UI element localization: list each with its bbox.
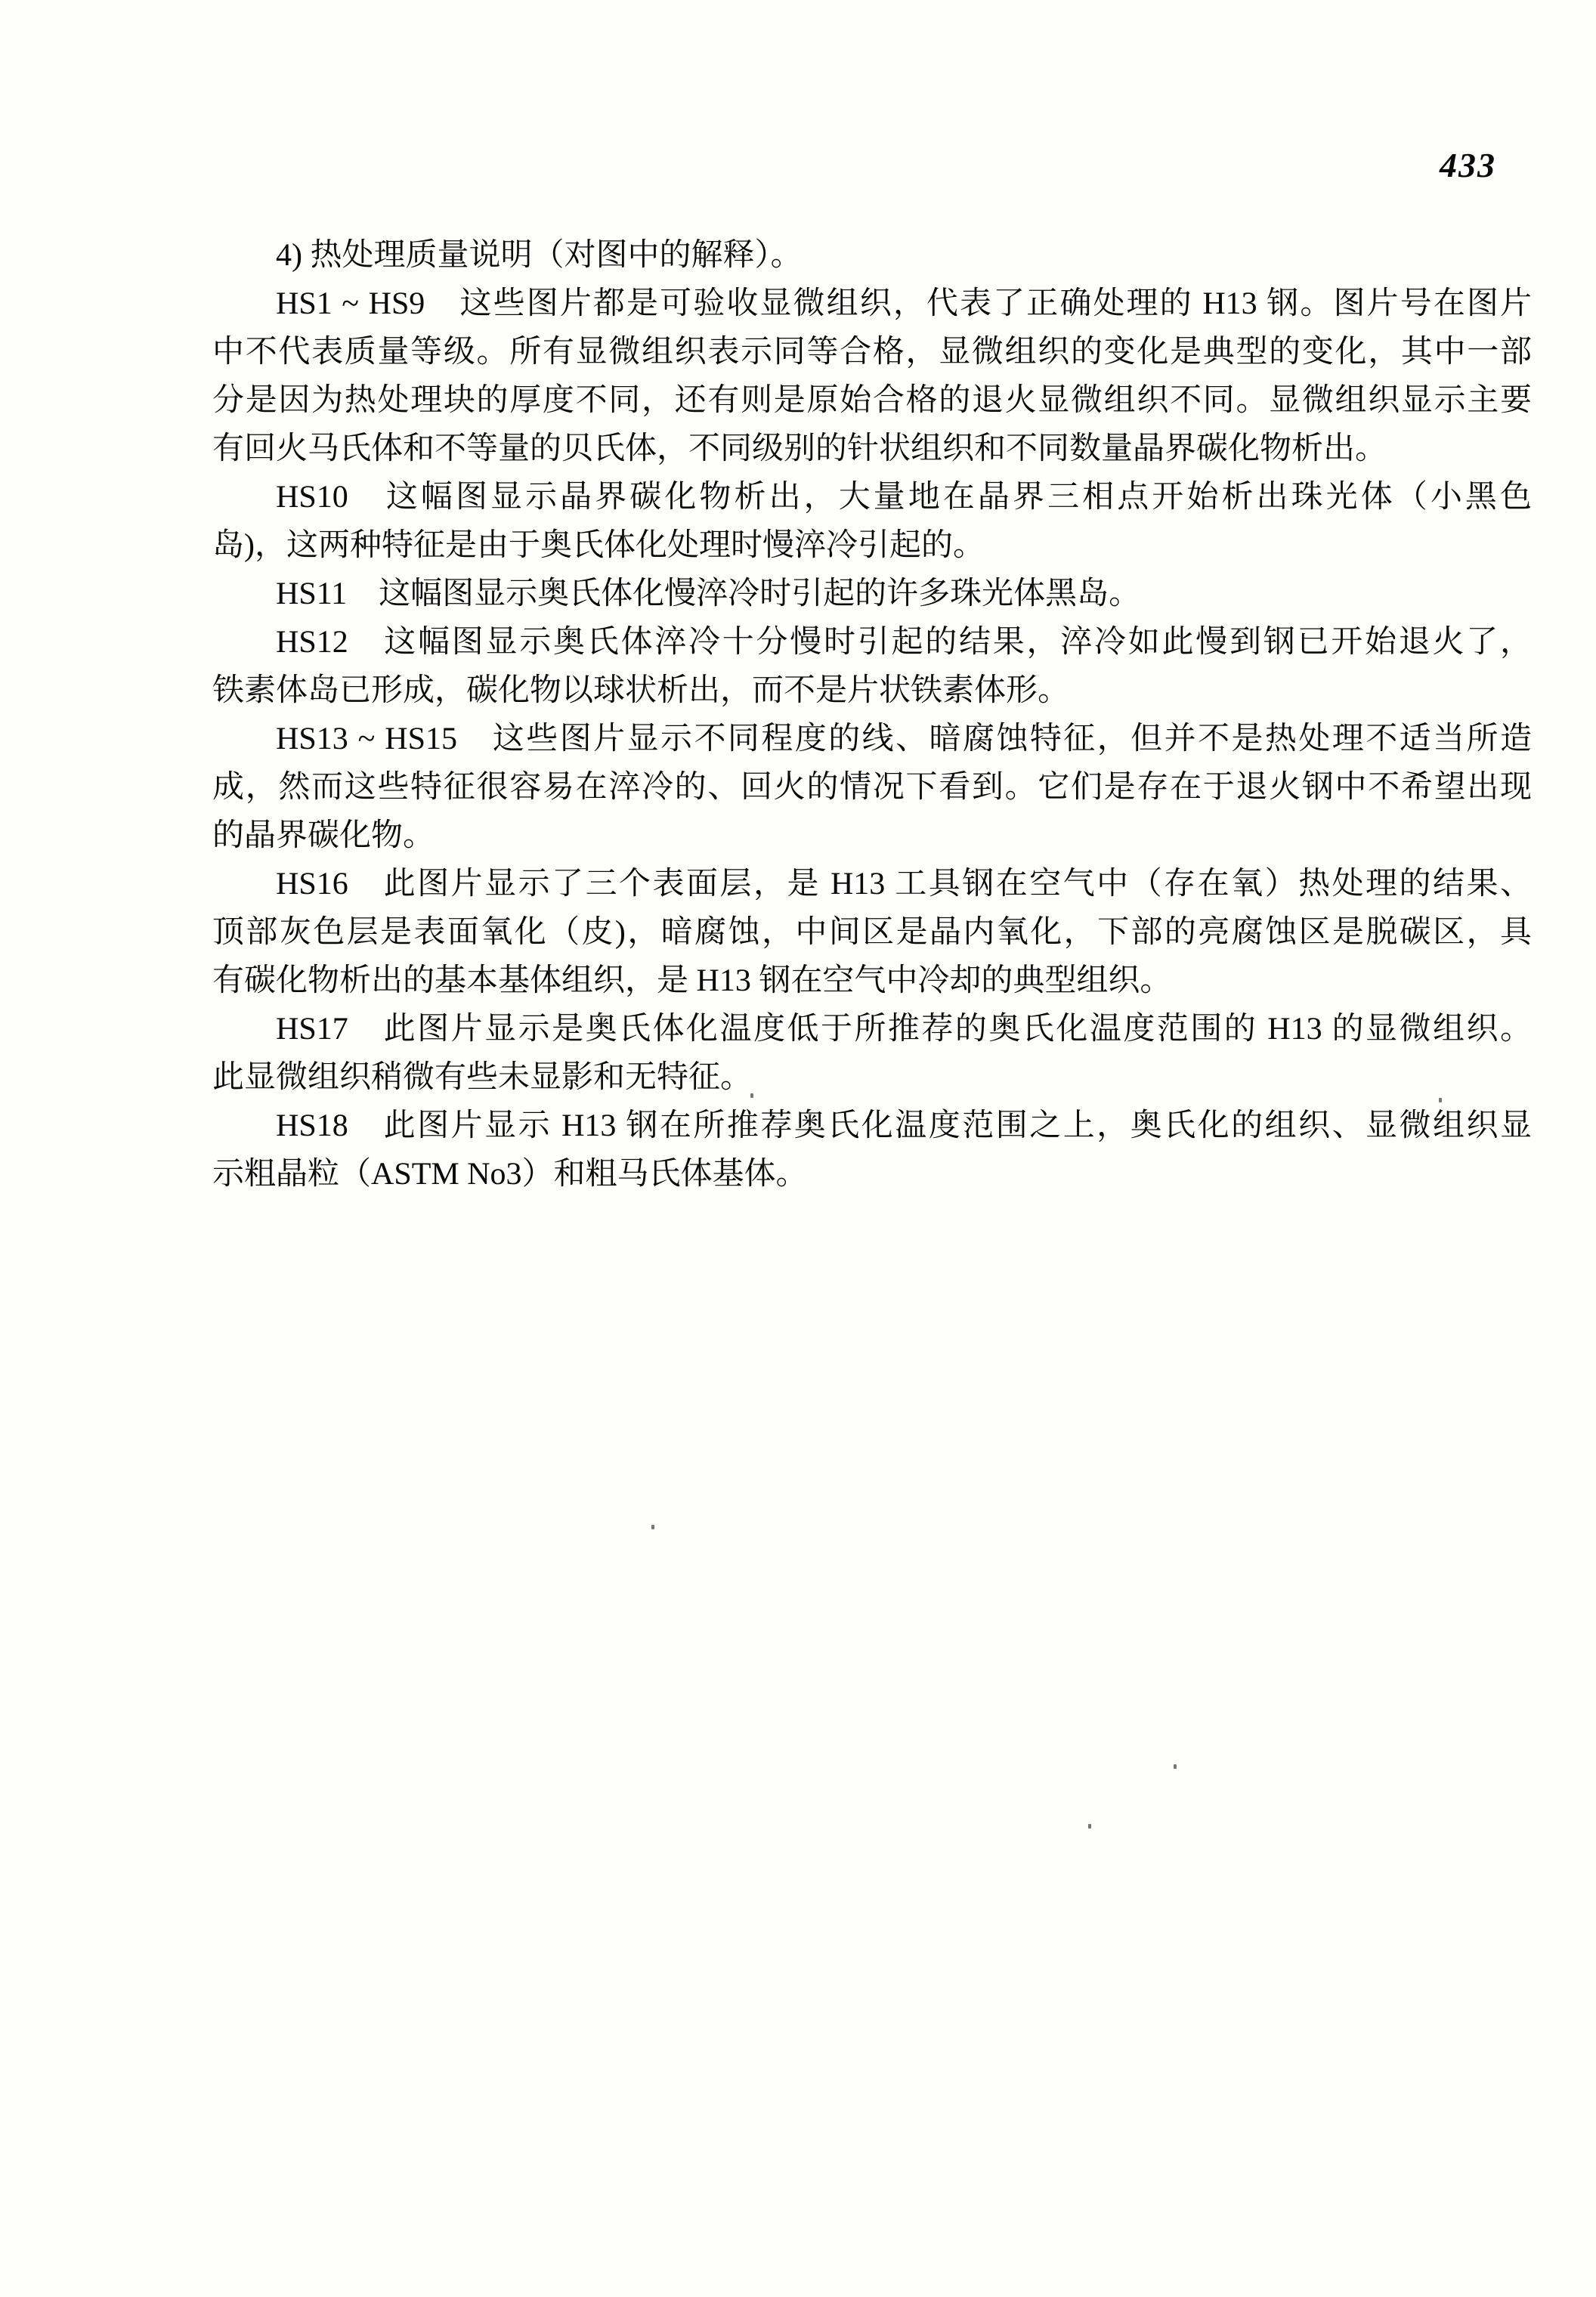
text-line: 示粗晶粒（ASTM No3）和粗马氏体基体。 <box>212 1150 1532 1198</box>
scan-speck <box>750 1093 753 1098</box>
paragraph: HS16 此图片显示了三个表面层，是 H13 工具钢在空气中（存在氧）热处理的结… <box>212 860 1532 1005</box>
page-number: 433 <box>1406 145 1496 185</box>
paragraph: HS12 这幅图显示奥氏体淬冷十分慢时引起的结果，淬冷如此慢到钢已开始退火了，铁… <box>212 618 1532 715</box>
text-line: HS1 ~ HS9 这些图片都是可验收显微组织，代表了正确处理的 H13 钢。图… <box>212 280 1532 328</box>
paragraph: HS13 ~ HS15 这些图片显示不同程度的线、暗腐蚀特征，但并不是热处理不适… <box>212 715 1532 860</box>
paragraph: HS1 ~ HS9 这些图片都是可验收显微组织，代表了正确处理的 H13 钢。图… <box>212 280 1532 473</box>
text-line: 岛)，这两种特征是由于奥氏体化处理时慢淬冷引起的。 <box>212 521 1532 570</box>
text-line: 分是因为热处理块的厚度不同，还有则是原始合格的退火显微组织不同。显微组织显示主要 <box>212 376 1532 425</box>
paragraph: HS17 此图片显示是奥氏体化温度低于所推荐的奥氏化温度范围的 H13 的显微组… <box>212 1005 1532 1102</box>
text-line: HS18 此图片显示 H13 钢在所推荐奥氏化温度范围之上，奥氏化的组织、显微组… <box>212 1102 1532 1150</box>
text-line: 中不代表质量等级。所有显微组织表示同等合格，显微组织的变化是典型的变化，其中一部 <box>212 328 1532 376</box>
paragraph: HS18 此图片显示 H13 钢在所推荐奥氏化温度范围之上，奥氏化的组织、显微组… <box>212 1102 1532 1198</box>
text-line: HS12 这幅图显示奥氏体淬冷十分慢时引起的结果，淬冷如此慢到钢已开始退火了， <box>212 618 1532 666</box>
scan-speck <box>651 1525 654 1529</box>
text-line: 顶部灰色层是表面氧化（皮)，暗腐蚀，中间区是晶内氧化，下部的亮腐蚀区是脱碳区，具 <box>212 908 1532 957</box>
scan-speck <box>1088 1824 1091 1829</box>
text-line: 的晶界碳化物。 <box>212 812 1532 860</box>
body-text: 4) 热处理质量说明（对图中的解释）。HS1 ~ HS9 这些图片都是可验收显微… <box>212 231 1532 1198</box>
text-line: HS13 ~ HS15 这些图片显示不同程度的线、暗腐蚀特征，但并不是热处理不适… <box>212 715 1532 763</box>
text-line: 此显微组织稍微有些未显影和无特征。 <box>212 1053 1532 1102</box>
text-line: 成，然而这些特征很容易在淬冷的、回火的情况下看到。它们是存在于退火钢中不希望出现 <box>212 763 1532 812</box>
text-line: 铁素体岛已形成，碳化物以球状析出，而不是片状铁素体形。 <box>212 666 1532 715</box>
document-page: 433 4) 热处理质量说明（对图中的解释）。HS1 ~ HS9 这些图片都是可… <box>0 0 1596 2297</box>
text-line: HS10 这幅图显示晶界碳化物析出，大量地在晶界三相点开始析出珠光体（小黑色 <box>212 473 1532 521</box>
scan-speck <box>1174 1764 1177 1769</box>
text-line: 有回火马氏体和不等量的贝氏体，不同级别的针状组织和不同数量晶界碳化物析出。 <box>212 425 1532 473</box>
text-line: HS16 此图片显示了三个表面层，是 H13 工具钢在空气中（存在氧）热处理的结… <box>212 860 1532 908</box>
paragraph: HS11 这幅图显示奥氏体化慢淬冷时引起的许多珠光体黑岛。 <box>212 570 1532 618</box>
text-line: 4) 热处理质量说明（对图中的解释）。 <box>212 231 1532 280</box>
text-line: HS17 此图片显示是奥氏体化温度低于所推荐的奥氏化温度范围的 H13 的显微组… <box>212 1005 1532 1053</box>
paragraph: 4) 热处理质量说明（对图中的解释）。 <box>212 231 1532 280</box>
scan-speck <box>1439 1098 1442 1102</box>
text-line: 有碳化物析出的基本基体组织，是 H13 钢在空气中冷却的典型组织。 <box>212 957 1532 1005</box>
text-line: HS11 这幅图显示奥氏体化慢淬冷时引起的许多珠光体黑岛。 <box>212 570 1532 618</box>
paragraph: HS10 这幅图显示晶界碳化物析出，大量地在晶界三相点开始析出珠光体（小黑色岛)… <box>212 473 1532 570</box>
